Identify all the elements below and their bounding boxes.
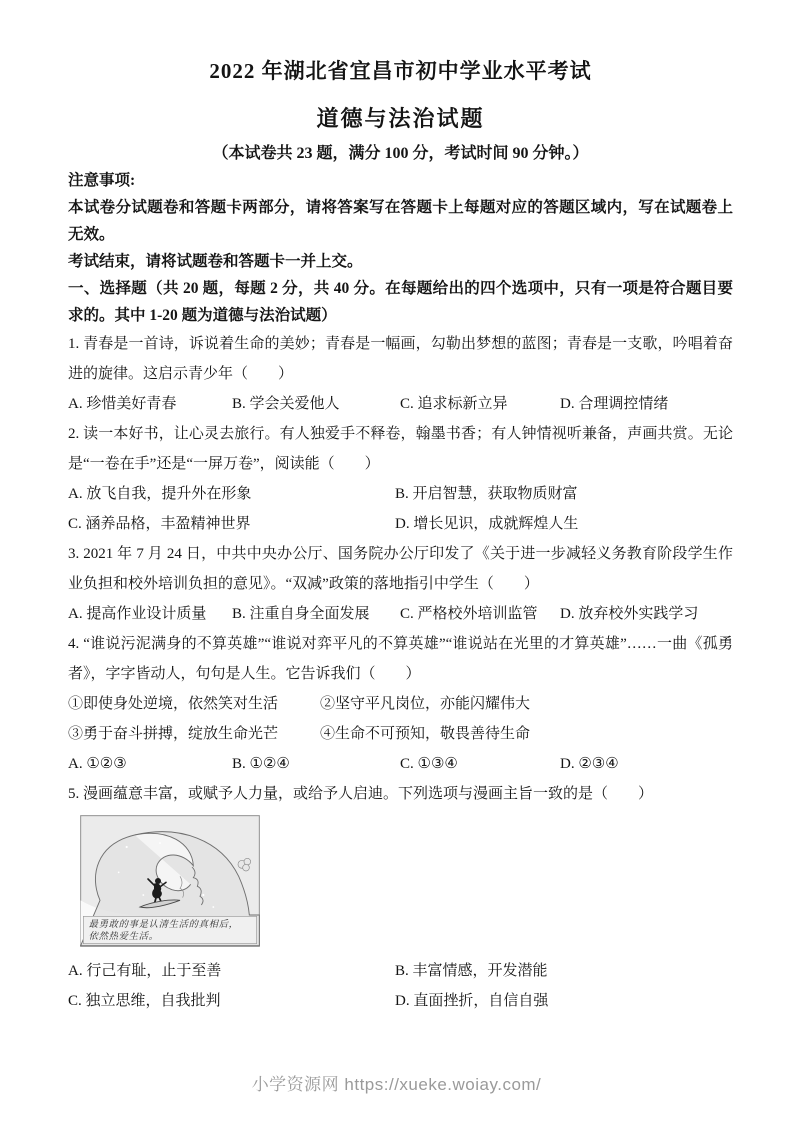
q2-option-b: B. 开启智慧，获取物质财富 <box>395 479 733 509</box>
question-4-statements-row-1: ①即使身处逆境，依然笑对生活 ②坚守平凡岗位，亦能闪耀伟大 <box>68 689 733 719</box>
q4-option-a: A. ①②③ <box>68 749 232 779</box>
q5-option-b: B. 丰富情感，开发潜能 <box>395 956 733 986</box>
question-2-options-row-2: C. 涵养品格，丰盈精神世界 D. 增长见识，成就辉煌人生 <box>68 509 733 539</box>
q2-option-d: D. 增长见识，成就辉煌人生 <box>395 509 733 539</box>
q3-option-d: D. 放弃校外实践学习 <box>560 599 733 629</box>
doc-subtitle: 道德与法治试题 <box>68 104 733 134</box>
question-1-options: A. 珍惜美好青春 B. 学会关爱他人 C. 追求标新立异 D. 合理调控情绪 <box>68 389 733 419</box>
q1-option-b: B. 学会关爱他人 <box>232 389 400 419</box>
notice-section: 注意事项: 本试卷分试题卷和答题卡两部分，请将答案写在答题卡上每题对应的答题区域… <box>68 167 733 329</box>
q1-option-a: A. 珍惜美好青春 <box>68 389 232 419</box>
footer-site-link: 小学资源网 https://xueke.woiay.com/ <box>0 1070 793 1095</box>
question-2-options-row-1: A. 放飞自我，提升外在形象 B. 开启智慧，获取物质财富 <box>68 479 733 509</box>
exam-paper-page: 2022 年湖北省宜昌市初中学业水平考试 道德与法治试题 （本试卷共 23 题，… <box>0 0 793 1016</box>
question-4: 4. “谁说污泥满身的不算英雄”“谁说对弈平凡的不算英雄”“谁说站在光里的才算英… <box>68 629 733 779</box>
q5-option-a: A. 行己有耻，止于至善 <box>68 956 395 986</box>
question-3: 3. 2021 年 7 月 24 日，中共中央办公厅、国务院办公厅印发了《关于进… <box>68 539 733 629</box>
q4-option-c: C. ①③④ <box>400 749 560 779</box>
question-list: 1. 青春是一首诗，诉说着生命的美妙；青春是一幅画，勾勒出梦想的蓝图；青春是一支… <box>68 329 733 1016</box>
cartoon-caption-line-2: 依然热爱生活。 <box>89 931 159 942</box>
q2-option-c: C. 涵养品格，丰盈精神世界 <box>68 509 395 539</box>
question-4-options: A. ①②③ B. ①②④ C. ①③④ D. ②③④ <box>68 749 733 779</box>
q1-option-d: D. 合理调控情绪 <box>560 389 733 419</box>
notice-line: 考试结束，请将试题卷和答题卡一并上交。 <box>68 248 733 275</box>
question-5-stem: 5. 漫画蕴意丰富，或赋予人力量，或给予人启迪。下列选项与漫画主旨一致的是（ ） <box>68 779 733 809</box>
q3-option-c: C. 严格校外培训监管 <box>400 599 560 629</box>
q3-option-b: B. 注重自身全面发展 <box>232 599 400 629</box>
q4-option-d: D. ②③④ <box>560 749 733 779</box>
question-2: 2. 读一本好书，让心灵去旅行。有人独爱手不释卷，翰墨书香；有人钟情视听兼备，声… <box>68 419 733 539</box>
question-5: 5. 漫画蕴意丰富，或赋予人力量，或给予人启迪。下列选项与漫画主旨一致的是（ ） <box>68 779 733 1016</box>
question-5-options-row-1: A. 行己有耻，止于至善 B. 丰富情感，开发潜能 <box>68 956 733 986</box>
cartoon-illustration: 最勇敢的事是认清生活的真相后， 依然热爱生活。 <box>80 815 733 947</box>
q4-option-b: B. ①②④ <box>232 749 400 779</box>
cartoon-caption-line-1: 最勇敢的事是认清生活的真相后， <box>89 919 239 930</box>
doc-title: 2022 年湖北省宜昌市初中学业水平考试 <box>68 56 733 86</box>
q3-option-a: A. 提高作业设计质量 <box>68 599 232 629</box>
section-heading: 一、选择题（共 20 题，每题 2 分，共 40 分。在每题给出的四个选项中，只… <box>68 275 733 329</box>
q5-option-d: D. 直面挫折，自信自强 <box>395 986 733 1016</box>
paper-info: （本试卷共 23 题，满分 100 分，考试时间 90 分钟。） <box>68 141 733 167</box>
q4-statement-4: ④生命不可预知，敬畏善待生命 <box>320 719 733 749</box>
q4-statement-3: ③勇于奋斗拼搏，绽放生命光芒 <box>68 719 320 749</box>
question-1: 1. 青春是一首诗，诉说着生命的美妙；青春是一幅画，勾勒出梦想的蓝图；青春是一支… <box>68 329 733 419</box>
question-1-stem: 1. 青春是一首诗，诉说着生命的美妙；青春是一幅画，勾勒出梦想的蓝图；青春是一支… <box>68 329 733 389</box>
question-3-stem: 3. 2021 年 7 月 24 日，中共中央办公厅、国务院办公厅印发了《关于进… <box>68 539 733 599</box>
question-5-options-row-2: C. 独立思维，自我批判 D. 直面挫折，自信自强 <box>68 986 733 1016</box>
q5-option-c: C. 独立思维，自我批判 <box>68 986 395 1016</box>
q1-option-c: C. 追求标新立异 <box>400 389 560 419</box>
q4-statement-1: ①即使身处逆境，依然笑对生活 <box>68 689 320 719</box>
notice-heading: 注意事项: <box>68 167 733 194</box>
question-4-stem: 4. “谁说污泥满身的不算英雄”“谁说对弈平凡的不算英雄”“谁说站在光里的才算英… <box>68 629 733 689</box>
question-3-options: A. 提高作业设计质量 B. 注重自身全面发展 C. 严格校外培训监管 D. 放… <box>68 599 733 629</box>
question-4-statements-row-2: ③勇于奋斗拼搏，绽放生命光芒 ④生命不可预知，敬畏善待生命 <box>68 719 733 749</box>
q2-option-a: A. 放飞自我，提升外在形象 <box>68 479 395 509</box>
notice-line: 本试卷分试题卷和答题卡两部分，请将答案写在答题卡上每题对应的答题区域内，写在试题… <box>68 194 733 248</box>
question-2-stem: 2. 读一本好书，让心灵去旅行。有人独爱手不释卷，翰墨书香；有人钟情视听兼备，声… <box>68 419 733 479</box>
q4-statement-2: ②坚守平凡岗位，亦能闪耀伟大 <box>320 689 733 719</box>
